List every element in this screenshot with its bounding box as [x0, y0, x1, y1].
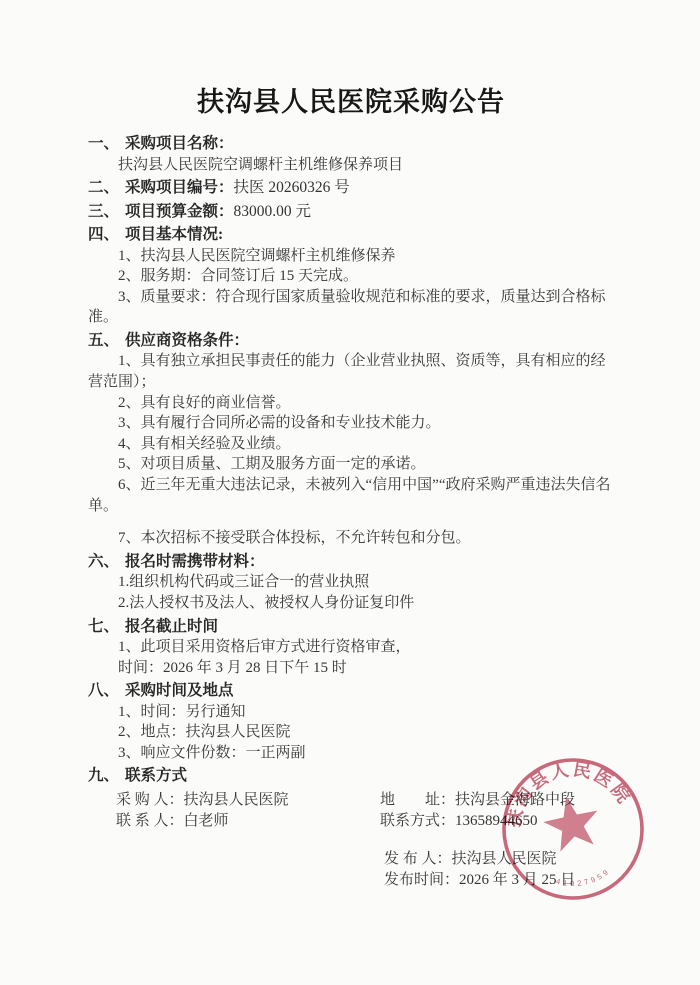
section-item: 1、扶沟县人民医院空调螺杆主机维修保养 [88, 246, 614, 267]
section-number: 八、 [88, 682, 119, 699]
section-item: 3、具有履行合同所必需的设备和专业技术能力。 [88, 413, 614, 434]
section-heading: 二、采购项目编号：扶医 20260326 号 [88, 178, 614, 199]
section-value: 83000.00 元 [234, 203, 312, 220]
section-number: 二、 [88, 179, 119, 196]
section-item: 4、具有相关经验及业绩。 [88, 434, 614, 455]
section-number: 五、 [88, 332, 119, 349]
contact-value: 扶沟县人民医院 [184, 792, 289, 808]
publisher-line: 发布时间：2026 年 3 月 25 日 [384, 870, 614, 892]
section-title: 采购项目名称： [125, 135, 234, 152]
section-number: 九、 [88, 767, 119, 784]
section-title: 报名时需携带材料： [125, 553, 265, 570]
section-item: 3、质量要求：符合现行国家质量验收规范和标准的要求，质量达到合格标准。 [88, 287, 614, 328]
section-number: 三、 [88, 203, 119, 220]
contact-address: 地 址：扶沟县金海路中段 [380, 790, 614, 812]
page-title: 扶沟县人民医院采购公告 [88, 86, 614, 118]
section-heading: 五、供应商资格条件： [88, 331, 614, 352]
publisher-block: 发 布 人：扶沟县人民医院 发布时间：2026 年 3 月 25 日 [384, 849, 614, 892]
section-item: 3、响应文件份数：一正两副 [88, 743, 614, 764]
document-page: 扶沟县人民医院采购公告 一、采购项目名称：扶沟县人民医院空调螺杆主机维修保养项目… [0, 0, 700, 985]
section-heading: 三、项目预算金额：83000.00 元 [88, 202, 614, 223]
section-item: 2、地点：扶沟县人民医院 [88, 722, 614, 743]
publisher-label: 发布时间： [384, 872, 459, 888]
section-item: 1.组织机构代码或三证合一的营业执照 [88, 572, 614, 593]
section-number: 一、 [88, 135, 119, 152]
section-item: 6、近三年无重大违法记录，未被列入“信用中国”“政府采购严重违法失信名单。 [88, 475, 614, 516]
section-item: 7、本次招标不接受联合体投标，不允许转包和分包。 [88, 528, 614, 549]
contact-phone: 联系方式：13658944650 [380, 811, 614, 833]
section-title: 采购项目编号： [125, 179, 234, 196]
contact-purchaser: 采 购 人：扶沟县人民医院 [116, 790, 380, 812]
section-title: 项目预算金额： [125, 203, 234, 220]
contact-row: 联 系 人：白老师 联系方式：13658944650 [88, 811, 614, 833]
publisher-value: 2026 年 3 月 25 日 [459, 872, 575, 888]
publisher-label: 发 布 人： [384, 851, 452, 867]
publisher-value: 扶沟县人民医院 [452, 851, 557, 867]
section-value: 扶医 20260326 号 [234, 179, 350, 196]
section-number: 四、 [88, 226, 119, 243]
document-content: 扶沟县人民医院采购公告 一、采购项目名称：扶沟县人民医院空调螺杆主机维修保养项目… [88, 86, 614, 892]
section-heading: 七、报名截止时间 [88, 617, 614, 638]
section-item: 1、此项目采用资格后审方式进行资格审查， [88, 637, 614, 658]
section-item: 扶沟县人民医院空调螺杆主机维修保养项目 [88, 155, 614, 176]
contact-label: 联 系 人： [116, 813, 184, 829]
contact-block: 采 购 人：扶沟县人民医院 地 址：扶沟县金海路中段 联 系 人：白老师 联系方… [88, 790, 614, 833]
section-item: 1、具有独立承担民事责任的能力（企业营业执照、资质等，具有相应的经营范围）； [88, 351, 614, 392]
section-item: 时间：2026 年 3 月 28 日下午 15 时 [88, 658, 614, 679]
section-item: 5、对项目质量、工期及服务方面一定的承诺。 [88, 454, 614, 475]
section-item: 1、时间：另行通知 [88, 702, 614, 723]
sections: 一、采购项目名称：扶沟县人民医院空调螺杆主机维修保养项目二、采购项目编号：扶医 … [88, 134, 614, 787]
contact-value: 扶沟县金海路中段 [455, 792, 575, 808]
section-heading: 一、采购项目名称： [88, 134, 614, 155]
section-item: 2、服务期：合同签订后 15 天完成。 [88, 266, 614, 287]
contact-person: 联 系 人：白老师 [116, 811, 380, 833]
section-heading: 八、采购时间及地点 [88, 681, 614, 702]
section-title: 项目基本情况: [125, 226, 223, 243]
section-title: 供应商资格条件： [125, 332, 249, 349]
contact-label: 采 购 人： [116, 792, 184, 808]
section-heading: 六、报名时需携带材料： [88, 552, 614, 573]
contact-label: 联系方式： [380, 813, 455, 829]
section-number: 六、 [88, 553, 119, 570]
section-heading: 四、项目基本情况: [88, 225, 614, 246]
section-item: 2.法人授权书及法人、被授权人身份证复印件 [88, 593, 614, 614]
section-item: 2、具有良好的商业信誉。 [88, 393, 614, 414]
section-number: 七、 [88, 618, 119, 635]
section-title: 联系方式 [125, 767, 187, 784]
section-title: 报名截止时间 [125, 618, 218, 635]
contact-row: 采 购 人：扶沟县人民医院 地 址：扶沟县金海路中段 [88, 790, 614, 812]
contact-label: 地 址： [380, 792, 455, 808]
section-heading: 九、联系方式 [88, 766, 614, 787]
contact-value: 白老师 [184, 813, 229, 829]
contact-value: 13658944650 [455, 813, 538, 829]
publisher-line: 发 布 人：扶沟县人民医院 [384, 849, 614, 871]
section-title: 采购时间及地点 [125, 682, 234, 699]
